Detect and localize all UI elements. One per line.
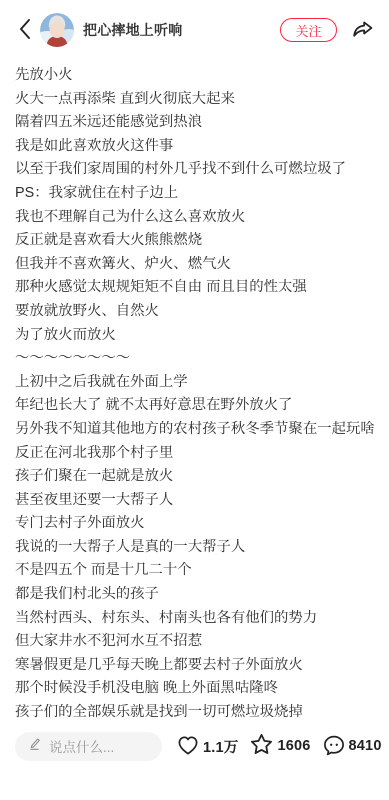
post-text-line: 都是我们村北头的孩子 — [15, 583, 379, 607]
post-text-line: 不是四五个 而是十几二十个 — [15, 559, 379, 583]
comment-count: 8410 — [349, 738, 382, 754]
post-text-line: 上初中之后我就在外面上学 — [15, 371, 379, 395]
post-text-line: 专门去村子外面放火 — [15, 512, 379, 536]
chat-bubble-icon — [322, 733, 346, 760]
post-text-line: 那个时候没手机没电脑 晚上外面黑咕隆咚 — [15, 677, 379, 701]
post-text-line: 要放就放野火、自然火 — [15, 300, 379, 324]
comment-input[interactable]: 说点什么... — [15, 732, 162, 761]
action-bar: 1.1万 1606 8410 — [176, 732, 382, 760]
post-text-line: 年纪也长大了 就不太再好意思在野外放火了 — [15, 394, 379, 418]
post-text-line: 但我并不喜欢篝火、炉火、燃气火 — [15, 253, 379, 277]
post-text-line: 另外我不知道其他地方的农村孩子秋冬季节聚在一起玩啥 — [15, 418, 379, 442]
username[interactable]: 把心摔地上听响 — [83, 20, 280, 40]
top-bar: 把心摔地上听响 关注 — [0, 10, 389, 50]
share-arrow-icon — [350, 16, 375, 44]
follow-button[interactable]: 关注 — [280, 18, 337, 42]
avatar[interactable] — [40, 13, 74, 47]
post-detail-screen: 把心摔地上听响 关注 先放小火火大一点再添柴 直到火彻底大起来隔着四五米远还能感… — [0, 0, 389, 800]
share-button[interactable] — [350, 18, 375, 43]
post-text-line: 反正在河北我那个村子里 — [15, 442, 379, 466]
post-text-line: 先放小火 — [15, 64, 379, 88]
collect-button[interactable]: 1606 — [249, 732, 310, 760]
back-button[interactable] — [14, 17, 36, 43]
collect-count: 1606 — [277, 738, 310, 754]
star-outline-icon — [249, 732, 274, 760]
post-text-line: PS：我家就住在村子边上 — [15, 182, 379, 206]
post-text-line: 我说的一大帮子人是真的一大帮子人 — [15, 536, 379, 560]
post-text-line: 为了放火而放火 — [15, 324, 379, 348]
post-text-line: 孩子们的全部娱乐就是找到一切可燃垃圾烧掉 — [15, 701, 379, 725]
post-text-line: 当然村西头、村东头、村南头也各有他们的势力 — [15, 607, 379, 631]
like-count: 1.1万 — [203, 736, 238, 757]
chevron-left-icon — [15, 17, 35, 44]
post-text-line: 火大一点再添柴 直到火彻底大起来 — [15, 88, 379, 112]
post-text-line: 我也不理解自己为什么这么喜欢放火 — [15, 206, 379, 230]
post-body: 先放小火火大一点再添柴 直到火彻底大起来隔着四五米远还能感觉到热浪我是如此喜欢放… — [15, 64, 379, 725]
comment-button[interactable]: 8410 — [322, 733, 382, 760]
post-text-line: 但大家井水不犯河水互不招惹 — [15, 630, 379, 654]
post-text-line: 我是如此喜欢放火这件事 — [15, 135, 379, 159]
pencil-icon — [27, 736, 42, 756]
heart-outline-icon — [176, 733, 200, 760]
post-text-line: 反正就是喜欢看大火熊熊燃烧 — [15, 229, 379, 253]
post-text-line: ～～～～～～～～ — [15, 347, 379, 371]
post-text-line: 以至于我们家周围的村外几乎找不到什么可燃垃圾了 — [15, 158, 379, 182]
post-text-line: 孩子们聚在一起就是放火 — [15, 465, 379, 489]
post-text-line: 甚至夜里还要一大帮子人 — [15, 489, 379, 513]
post-text-line: 隔着四五米远还能感觉到热浪 — [15, 111, 379, 135]
post-text-line: 寒暑假更是几乎每天晚上都要去村子外面放火 — [15, 654, 379, 678]
like-button[interactable]: 1.1万 — [176, 733, 238, 760]
post-text-line: 那种火感觉太规规矩矩不自由 而且目的性太强 — [15, 276, 379, 300]
comment-placeholder: 说点什么... — [49, 736, 114, 756]
bottom-bar: 说点什么... 1.1万 1606 — [0, 731, 389, 761]
